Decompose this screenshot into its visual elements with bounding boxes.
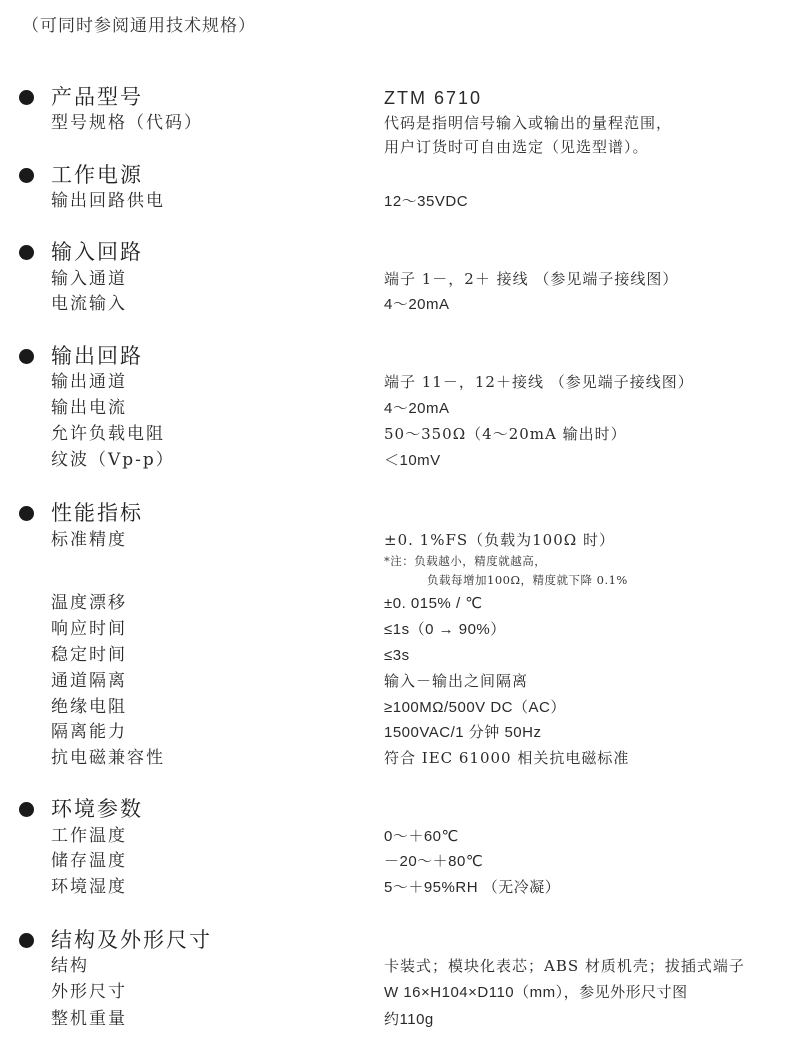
spec-label: 储存温度 <box>51 853 127 870</box>
spec-label: 响应时间 <box>51 621 127 638</box>
spec-value: ≤3s <box>384 648 410 663</box>
spec-value: 4～20mA <box>384 297 450 312</box>
section-title: 输入回路 <box>51 242 143 263</box>
spec-value: W 16×H104×D110（mm），参见外形尺寸图 <box>384 985 688 1000</box>
spec-label: 允许负载电阻 <box>51 426 165 443</box>
spec-value: ＜10mV <box>384 453 441 468</box>
spec-label: 输入通道 <box>51 271 127 288</box>
spec-value: 4～20mA <box>384 401 450 416</box>
spec-label: 外形尺寸 <box>51 984 127 1001</box>
spec-label: 输出回路供电 <box>51 193 165 210</box>
spec-label: 标准精度 <box>51 532 127 549</box>
spec-value: ±0. 1%FS（负载为100Ω 时） <box>384 533 615 548</box>
spec-value: ≥100MΩ/500V DC（AC） <box>384 700 566 715</box>
spec-value: 代码是指明信号输入或输出的量程范围， <box>384 116 672 131</box>
spec-value: 5～＋95%RH （无冷凝） <box>384 880 560 895</box>
spec-value: ±0. 015% / ℃ <box>384 596 483 611</box>
bullet-icon <box>19 168 34 183</box>
bullet-icon <box>19 802 34 817</box>
spec-value-line2: 用户订货时可自由选定（见选型谱）。 <box>384 140 649 155</box>
spec-value: 端子 11－，12＋接线 （参见端子接线图） <box>384 375 694 390</box>
spec-value: ≤1s（0 → 90%） <box>384 622 506 637</box>
spec-value: －20～＋80℃ <box>384 854 483 869</box>
spec-label: 工作温度 <box>51 828 127 845</box>
spec-label: 稳定时间 <box>51 647 127 664</box>
spec-label: 结构 <box>51 958 89 975</box>
section-title: 环境参数 <box>51 799 143 820</box>
accuracy-note-line1: *注：负载越小，精度就越高， <box>384 556 546 568</box>
spec-value: 输入－输出之间隔离 <box>384 674 528 689</box>
reference-note: （可同时参阅通用技术规格） <box>22 18 256 35</box>
bullet-icon <box>19 933 34 948</box>
spec-value: 0～＋60℃ <box>384 829 459 844</box>
spec-value: 符合 IEC 61000 相关抗电磁标准 <box>384 751 629 766</box>
section-title: 工作电源 <box>51 165 143 186</box>
spec-label: 输出通道 <box>51 374 127 391</box>
spec-value: 50～350Ω（4～20mA 输出时） <box>384 427 627 442</box>
bullet-icon <box>19 245 34 260</box>
spec-value: 12～35VDC <box>384 194 468 209</box>
spec-value: 约110g <box>384 1012 434 1027</box>
spec-label: 型号规格（代码） <box>51 115 203 132</box>
spec-label: 绝缘电阻 <box>51 699 127 716</box>
spec-value: 卡装式；模块化表芯；ABS 材质机壳；拔插式端子 <box>384 959 745 974</box>
model-number: ZTM 6710 <box>384 89 482 107</box>
bullet-icon <box>19 506 34 521</box>
section-title: 性能指标 <box>51 503 143 524</box>
spec-label: 环境湿度 <box>51 879 127 896</box>
section-title: 产品型号 <box>51 87 143 108</box>
section-title: 输出回路 <box>51 346 143 367</box>
spec-label: 电流输入 <box>51 296 127 313</box>
spec-label: 温度漂移 <box>51 595 127 612</box>
bullet-icon <box>19 90 34 105</box>
spec-label: 通道隔离 <box>51 673 127 690</box>
spec-label: 输出电流 <box>51 400 127 417</box>
spec-label: 整机重量 <box>51 1011 127 1028</box>
spec-label: 抗电磁兼容性 <box>51 750 165 767</box>
spec-label: 纹波（Vp-p） <box>51 452 175 469</box>
spec-label: 隔离能力 <box>51 724 127 741</box>
spec-value: 1500VAC/1 分钟 50Hz <box>384 725 541 740</box>
accuracy-note-line2: 负载每增加100Ω，精度就下降 0.1% <box>427 575 628 587</box>
spec-value: 端子 1－，2＋ 接线 （参见端子接线图） <box>384 272 678 287</box>
section-title: 结构及外形尺寸 <box>51 930 212 951</box>
bullet-icon <box>19 349 34 364</box>
